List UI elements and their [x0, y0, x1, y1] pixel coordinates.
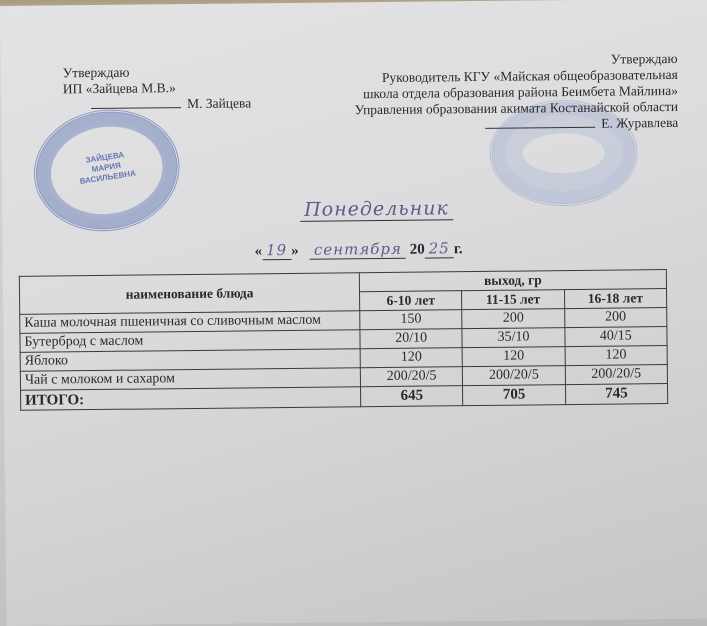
left-approve-label: Утверждаю — [63, 63, 251, 81]
left-approval-block: Утверждаю ИП «Зайцева М.В.» М. Зайцева — [63, 63, 252, 113]
yield-value: 200 — [564, 308, 667, 328]
quote-close: » — [291, 243, 299, 259]
quote-open: « — [254, 243, 262, 259]
total-value: 745 — [565, 384, 668, 405]
date-month: сентября — [310, 240, 406, 260]
total-value: 645 — [361, 386, 464, 407]
signature-line — [485, 127, 595, 129]
menu-table: наименование блюда выход, гр 6-10 лет 11… — [19, 269, 668, 411]
document-page: Утверждаю ИП «Зайцева М.В.» М. Зайцева З… — [0, 0, 707, 626]
year-label: г. — [454, 241, 463, 257]
header-age-1: 6-10 лет — [360, 291, 463, 311]
yield-value: 120 — [462, 347, 565, 367]
header-dish-name: наименование блюда — [19, 273, 359, 315]
total-value: 705 — [463, 385, 566, 406]
stamp-left: ЗАЙЦЕВА МАРИЯ ВАСИЛЬЕВНА — [26, 100, 188, 241]
yield-value: 120 — [360, 348, 463, 368]
yield-value: 120 — [565, 346, 668, 366]
yield-value: 40/15 — [565, 327, 668, 347]
header-age-3: 16-18 лет — [564, 289, 667, 309]
date-line: «19» сентября 2025г. — [254, 239, 462, 260]
year-suffix: 25 — [425, 239, 454, 258]
yield-value: 20/10 — [360, 329, 463, 349]
yield-value: 35/10 — [462, 328, 565, 348]
right-signatory: Е. Журавлева — [601, 115, 678, 131]
yield-value: 200/20/5 — [360, 367, 463, 387]
year-prefix: 20 — [410, 242, 425, 258]
yield-value: 200/20/5 — [463, 366, 566, 386]
left-org: ИП «Зайцева М.В.» — [63, 79, 251, 97]
total-label: ИТОГО: — [21, 387, 361, 411]
yield-value: 200 — [462, 309, 565, 329]
right-approval-block: Утверждаю Руководитель КГУ «Майская обще… — [354, 51, 678, 134]
header-age-2: 11-15 лет — [462, 290, 565, 310]
yield-value: 200/20/5 — [565, 365, 668, 385]
left-signatory: М. Зайцева — [187, 95, 251, 111]
yield-value: 150 — [360, 310, 463, 330]
weekday-handwritten: Понедельник — [300, 197, 453, 222]
date-day: 19 — [262, 241, 291, 260]
